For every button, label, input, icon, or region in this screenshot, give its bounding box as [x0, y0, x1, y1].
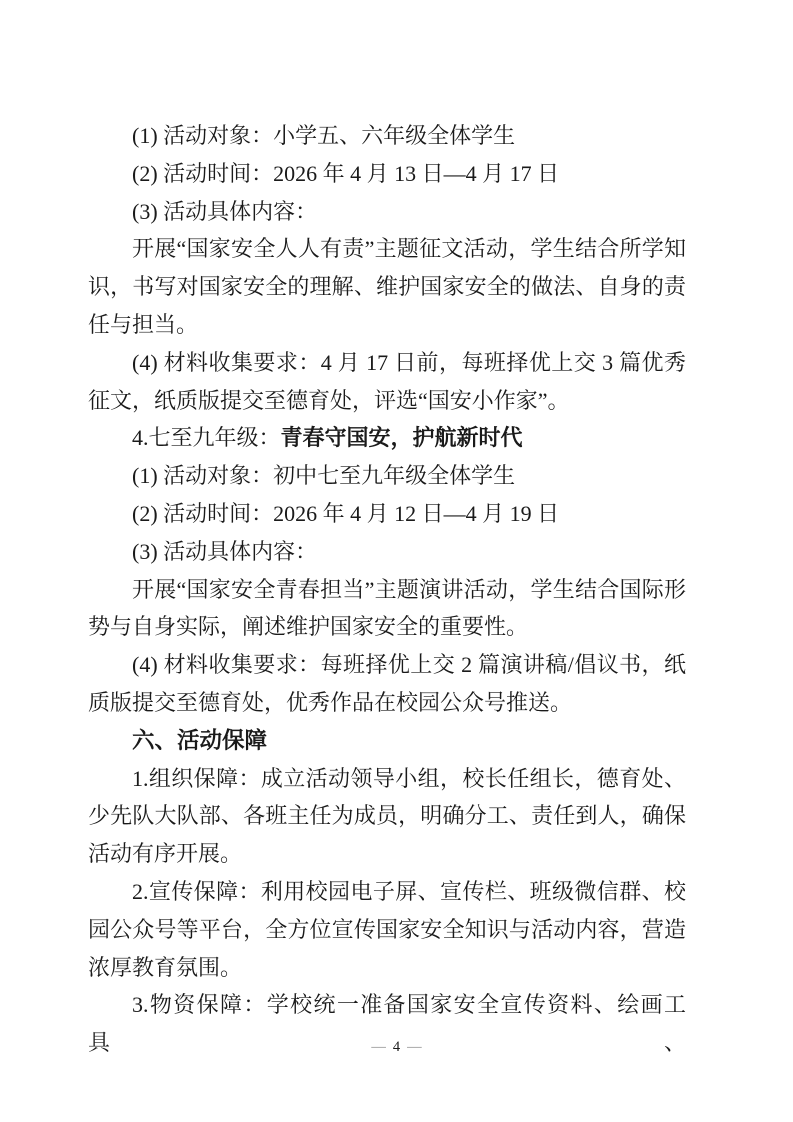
grade79-item-number: 4.七至九年级： [132, 425, 281, 450]
line-grade79-materials-2: 质版提交至德育处，优秀作品在校园公众号推送。 [88, 684, 686, 722]
line-grade56-content-1: 开展“国家安全人人有责”主题征文活动，学生结合所学知 [88, 230, 686, 268]
line-grade79-materials-1: (4) 材料收集要求：每班择优上交 2 篇演讲稿/倡议书，纸 [88, 646, 686, 684]
line-org-support-2: 少先队大队部、各班主任为成员，明确分工、责任到人，确保 [88, 797, 686, 835]
document-body: (1) 活动对象：小学五、六年级全体学生 (2) 活动时间：2026 年 4 月… [88, 117, 686, 1062]
line-org-support-3: 活动有序开展。 [88, 835, 686, 873]
line-grade56-content-2: 识，书写对国家安全的理解、维护国家安全的做法、自身的责 [88, 268, 686, 306]
document-page: (1) 活动对象：小学五、六年级全体学生 (2) 活动时间：2026 年 4 月… [0, 0, 793, 1122]
line-grade79-target: (1) 活动对象：初中七至九年级全体学生 [88, 457, 686, 495]
section-heading-activity-support: 六、活动保障 [88, 722, 686, 760]
line-grade79-content-2: 势与自身实际，阐述维护国家安全的重要性。 [88, 608, 686, 646]
page-footer: —4— [0, 1036, 793, 1058]
line-grade79-section-title: 4.七至九年级：青春守国安，护航新时代 [88, 419, 686, 457]
line-grade79-time: (2) 活动时间：2026 年 4 月 12 日—4 月 19 日 [88, 495, 686, 533]
grade79-theme-title: 青春守国安，护航新时代 [281, 425, 523, 450]
line-grade56-time: (2) 活动时间：2026 年 4 月 13 日—4 月 17 日 [88, 155, 686, 193]
line-publicity-support-3: 浓厚教育氛围。 [88, 949, 686, 987]
footer-dash-right: — [400, 1039, 429, 1055]
line-grade56-materials-2: 征文，纸质版提交至德育处，评选“国安小作家”。 [88, 382, 686, 420]
line-grade79-content-label: (3) 活动具体内容： [88, 533, 686, 571]
line-grade56-content-label: (3) 活动具体内容： [88, 193, 686, 231]
line-grade56-target: (1) 活动对象：小学五、六年级全体学生 [88, 117, 686, 155]
line-publicity-support-1: 2.宣传保障：利用校园电子屏、宣传栏、班级微信群、校 [88, 873, 686, 911]
line-grade56-content-3: 任与担当。 [88, 306, 686, 344]
line-publicity-support-2: 园公众号等平台，全方位宣传国家安全知识与活动内容，营造 [88, 911, 686, 949]
line-grade79-content-1: 开展“国家安全青春担当”主题演讲活动，学生结合国际形 [88, 571, 686, 609]
footer-dash-left: — [364, 1039, 393, 1055]
line-grade56-materials-1: (4) 材料收集要求：4 月 17 日前，每班择优上交 3 篇优秀 [88, 344, 686, 382]
line-org-support-1: 1.组织保障：成立活动领导小组，校长任组长，德育处、 [88, 760, 686, 798]
